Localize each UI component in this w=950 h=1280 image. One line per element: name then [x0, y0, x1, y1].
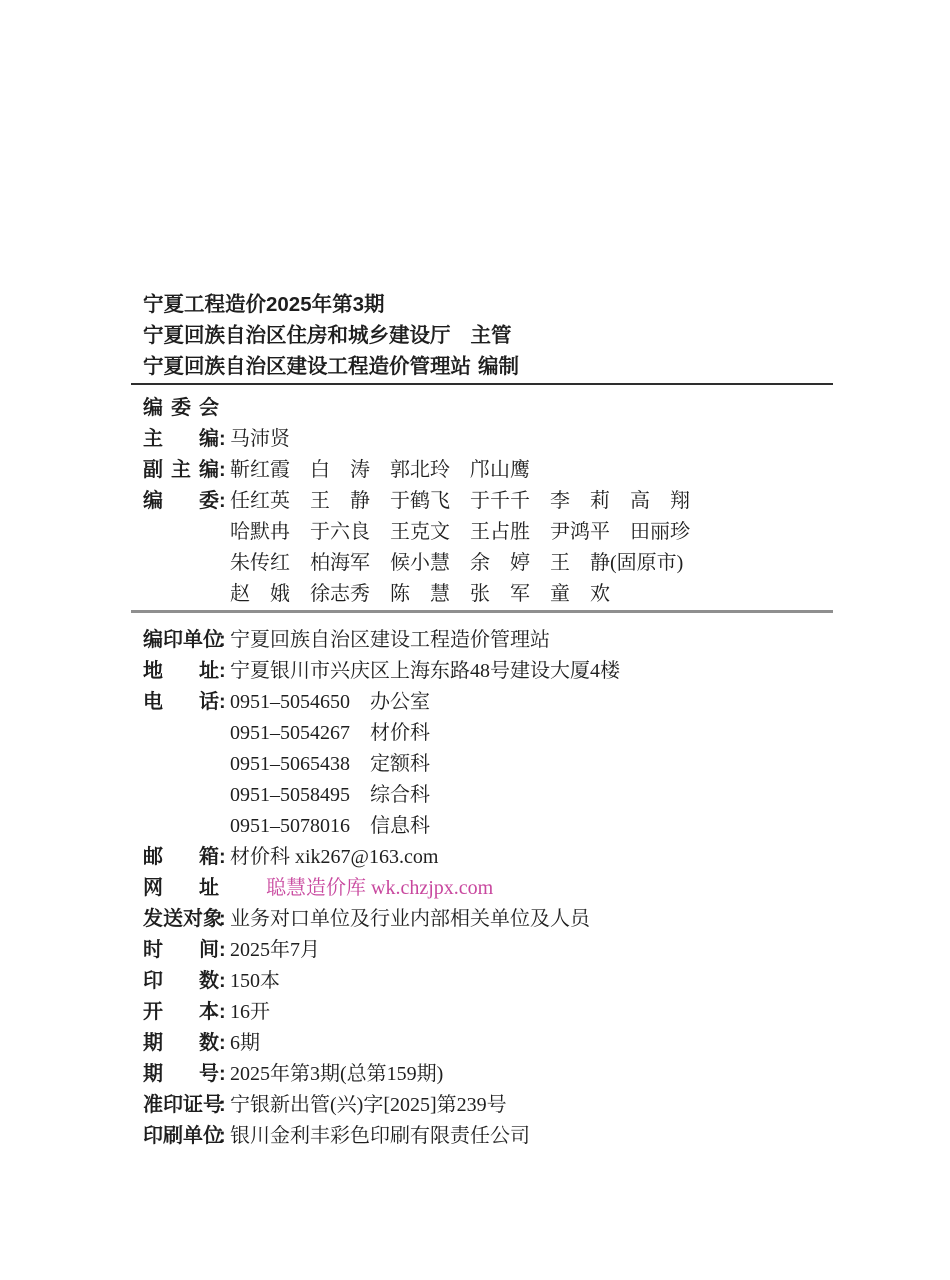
editorial-board-heading-row: 编委会 [131, 393, 833, 424]
field-value: 朱传红 柏海军 候小慧 余 婷 王 静(固原市) [230, 552, 683, 574]
colophon-page: 宁夏工程造价2025年第3期 宁夏回族自治区住房和城乡建设厅主管 宁夏回族自治区… [131, 289, 833, 1152]
address-row: 地址:宁夏银川市兴庆区上海东路48号建设大厦4楼 [131, 656, 833, 687]
field-value: 靳红霞 白 涛 郭北玲 邝山鹰 [230, 459, 530, 481]
field-value: 任红英 王 静 于鹤飞 于千千 李 莉 高 翔 [230, 490, 690, 512]
field-colon: : [219, 625, 230, 656]
field-label: 网址 [143, 873, 219, 904]
issues-per-year-row: 期数:6期 [131, 1028, 833, 1059]
field-label: 准印证号 [143, 1090, 219, 1121]
field-colon: : [219, 486, 230, 517]
field-label: 编委 [143, 486, 219, 517]
watermark-text: 聪慧造价库 wk.chzjpx.com [266, 877, 493, 899]
field-label: 副主编 [143, 455, 219, 486]
chief-editor-row: 主编:马沛贤 [131, 424, 833, 455]
phone-row: 0951–5058495 综合科 [131, 780, 833, 811]
field-colon: : [219, 455, 230, 486]
printer-row: 印刷单位:银川金利丰彩色印刷有限责任公司 [131, 1121, 833, 1152]
compiler-org: 宁夏回族自治区建设工程造价管理站 [143, 355, 471, 378]
field-value: 6期 [230, 1032, 260, 1054]
field-colon: : [219, 656, 230, 687]
phone-row: 0951–5078016 信息科 [131, 811, 833, 842]
field-value: 业务对口单位及行业内部相关单位及人员 [230, 908, 590, 930]
field-label: 期数 [143, 1028, 219, 1059]
field-value: 2025年7月 [230, 939, 320, 961]
field-colon: : [219, 966, 230, 997]
field-colon: : [219, 997, 230, 1028]
email-row: 邮箱:材价科 xik267@163.com [131, 842, 833, 873]
field-colon: : [219, 842, 230, 873]
phone-row: 0951–5065438 定额科 [131, 749, 833, 780]
field-value: 赵 娥 徐志秀 陈 慧 张 军 童 欢 [230, 583, 610, 605]
field-value: 马沛贤 [230, 428, 290, 450]
print-count-row: 印数:150本 [131, 966, 833, 997]
compiler-role: 编制 [478, 355, 519, 378]
field-value: 0951–5054650 办公室 [230, 691, 430, 713]
field-label: 编印单位 [143, 625, 219, 656]
issue-number-row: 期号:2025年第3期(总第159期) [131, 1059, 833, 1090]
field-label: 发送对象 [143, 904, 219, 935]
committee-row: 赵 娥 徐志秀 陈 慧 张 军 童 欢 [131, 579, 833, 610]
format-row: 开本:16开 [131, 997, 833, 1028]
deputy-editor-row: 副主编:靳红霞 白 涛 郭北玲 邝山鹰 [131, 455, 833, 486]
field-colon: : [219, 687, 230, 718]
field-colon: : [219, 1121, 230, 1152]
field-value: 150本 [230, 970, 280, 992]
publisher-row: 编印单位:宁夏回族自治区建设工程造价管理站 [131, 625, 833, 656]
field-label: 开本 [143, 997, 219, 1028]
field-value: 材价科 xik267@163.com [230, 846, 438, 868]
supervisor-org: 宁夏回族自治区住房和城乡建设厅 [143, 324, 451, 347]
committee-row: 编委:任红英 王 静 于鹤飞 于千千 李 莉 高 翔 [131, 486, 833, 517]
divider-thin [131, 383, 833, 385]
field-value: 宁银新出管(兴)字[2025]第239号 [230, 1094, 507, 1116]
field-value: 哈默冉 于六良 王克文 王占胜 尹鸿平 田丽珍 [230, 521, 690, 543]
permit-number-row: 准印证号:宁银新出管(兴)字[2025]第239号 [131, 1090, 833, 1121]
field-label: 期号 [143, 1059, 219, 1090]
field-value: 0951–5078016 信息科 [230, 815, 430, 837]
field-colon: : [219, 424, 230, 455]
publication-info-section: 编印单位:宁夏回族自治区建设工程造价管理站 地址:宁夏银川市兴庆区上海东路48号… [131, 625, 833, 1152]
field-value: 0951–5058495 综合科 [230, 784, 430, 806]
field-label: 邮箱 [143, 842, 219, 873]
divider-thick [131, 610, 833, 613]
field-colon: : [219, 1059, 230, 1090]
field-label: 印数 [143, 966, 219, 997]
phone-row: 电话:0951–5054650 办公室 [131, 687, 833, 718]
committee-row: 朱传红 柏海军 候小慧 余 婷 王 静(固原市) [131, 548, 833, 579]
field-label: 印刷单位 [143, 1121, 219, 1152]
field-colon: : [219, 904, 230, 935]
field-label: 地址 [143, 656, 219, 687]
supervisor-line: 宁夏回族自治区住房和城乡建设厅主管 [143, 320, 833, 351]
field-label: 电话 [143, 687, 219, 718]
compiler-line: 宁夏回族自治区建设工程造价管理站编制 [143, 351, 833, 382]
field-colon: : [219, 1028, 230, 1059]
page-title: 宁夏工程造价2025年第3期 [143, 289, 833, 320]
field-label: 主编 [143, 424, 219, 455]
date-row: 时间:2025年7月 [131, 935, 833, 966]
distribution-row: 发送对象:业务对口单位及行业内部相关单位及人员 [131, 904, 833, 935]
editorial-board-section: 编委会 主编:马沛贤 副主编:靳红霞 白 涛 郭北玲 邝山鹰 编委:任红英 王 … [131, 393, 833, 610]
field-label: 时间 [143, 935, 219, 966]
field-value: 16开 [230, 1001, 270, 1023]
field-value: 宁夏回族自治区建设工程造价管理站 [230, 629, 550, 651]
editorial-board-heading: 编委会 [143, 393, 219, 424]
field-value: 银川金利丰彩色印刷有限责任公司 [230, 1125, 530, 1147]
phone-row: 0951–5054267 材价科 [131, 718, 833, 749]
field-value: 0951–5054267 材价科 [230, 722, 430, 744]
field-colon: : [219, 1090, 230, 1121]
field-colon: : [219, 935, 230, 966]
committee-row: 哈默冉 于六良 王克文 王占胜 尹鸿平 田丽珍 [131, 517, 833, 548]
field-value: 2025年第3期(总第159期) [230, 1063, 443, 1085]
supervisor-role: 主管 [471, 324, 512, 347]
website-row: 网址聪慧造价库 wk.chzjpx.com [131, 873, 833, 904]
field-value: 宁夏银川市兴庆区上海东路48号建设大厦4楼 [230, 660, 620, 682]
field-value: 0951–5065438 定额科 [230, 753, 430, 775]
